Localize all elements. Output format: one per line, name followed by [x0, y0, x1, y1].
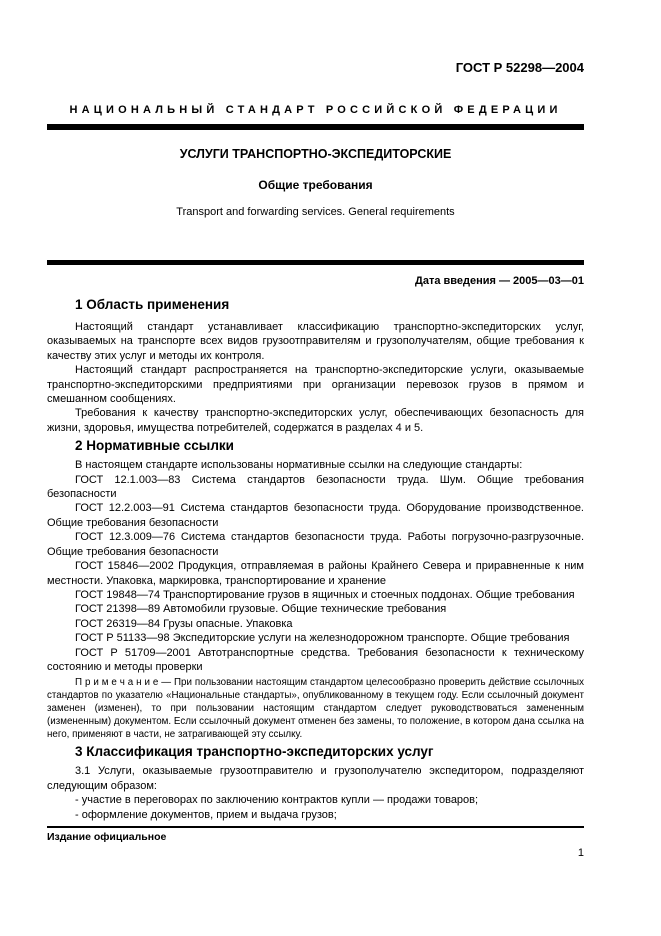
section-1-paragraph: Настоящий стандарт устанавливает классиф… — [47, 320, 584, 363]
gost-reference: ГОСТ 19848—74 Транспортирование грузов в… — [47, 588, 584, 602]
clause-3-1-item: - оформление документов, прием и выдача … — [47, 808, 584, 822]
section-1-heading: 1 Область применения — [47, 296, 584, 313]
gost-reference: ГОСТ 12.2.003—91 Система стандартов безо… — [47, 501, 584, 530]
gost-reference: ГОСТ Р 51133—98 Экспедиторские услуги на… — [47, 631, 584, 645]
gost-reference: ГОСТ Р 51709—2001 Автотранспортные средс… — [47, 646, 584, 675]
page-content: ГОСТ Р 52298—2004 НАЦИОНАЛЬНЫЙ СТАНДАРТ … — [47, 0, 584, 822]
header-rule — [47, 124, 584, 130]
gost-reference: ГОСТ 21398—89 Автомобили грузовые. Общие… — [47, 602, 584, 616]
title-rule — [47, 260, 584, 265]
doc-subtitle: Общие требования — [47, 178, 584, 193]
doc-title-english: Transport and forwarding services. Gener… — [47, 205, 584, 219]
document-page: ГОСТ Р 52298—2004 НАЦИОНАЛЬНЫЙ СТАНДАРТ … — [0, 0, 661, 936]
edition-note: Издание официальное — [47, 831, 584, 843]
national-standard-banner: НАЦИОНАЛЬНЫЙ СТАНДАРТ РОССИЙСКОЙ ФЕДЕРАЦ… — [47, 104, 584, 116]
footer-rule: Издание официальное — [47, 826, 584, 843]
section-1-paragraph: Настоящий стандарт распространяется на т… — [47, 363, 584, 406]
effective-date: Дата введения — 2005—03—01 — [47, 274, 584, 289]
doc-title: УСЛУГИ ТРАНСПОРТНО-ЭКСПЕДИТОРСКИЕ — [47, 147, 584, 162]
page-number: 1 — [578, 847, 584, 859]
section-2-note: П р и м е ч а н и е — При пользовании на… — [47, 676, 584, 741]
clause-3-1-item: - участие в переговорах по заключению ко… — [47, 793, 584, 807]
clause-3-1: 3.1 Услуги, оказываемые грузоотправителю… — [47, 764, 584, 793]
gost-reference: ГОСТ 26319—84 Грузы опасные. Упаковка — [47, 617, 584, 631]
gost-reference: ГОСТ 15846—2002 Продукция, отправляемая … — [47, 559, 584, 588]
section-3-heading: 3 Классификация транспортно-экспедиторск… — [47, 743, 584, 760]
gost-reference: ГОСТ 12.1.003—83 Система стандартов безо… — [47, 473, 584, 502]
doc-number: ГОСТ Р 52298—2004 — [47, 60, 584, 75]
section-2-heading: 2 Нормативные ссылки — [47, 437, 584, 454]
section-1-paragraph: Требования к качеству транспортно-экспед… — [47, 406, 584, 435]
gost-reference: ГОСТ 12.3.009—76 Система стандартов безо… — [47, 530, 584, 559]
section-2-intro: В настоящем стандарте использованы норма… — [47, 458, 584, 472]
